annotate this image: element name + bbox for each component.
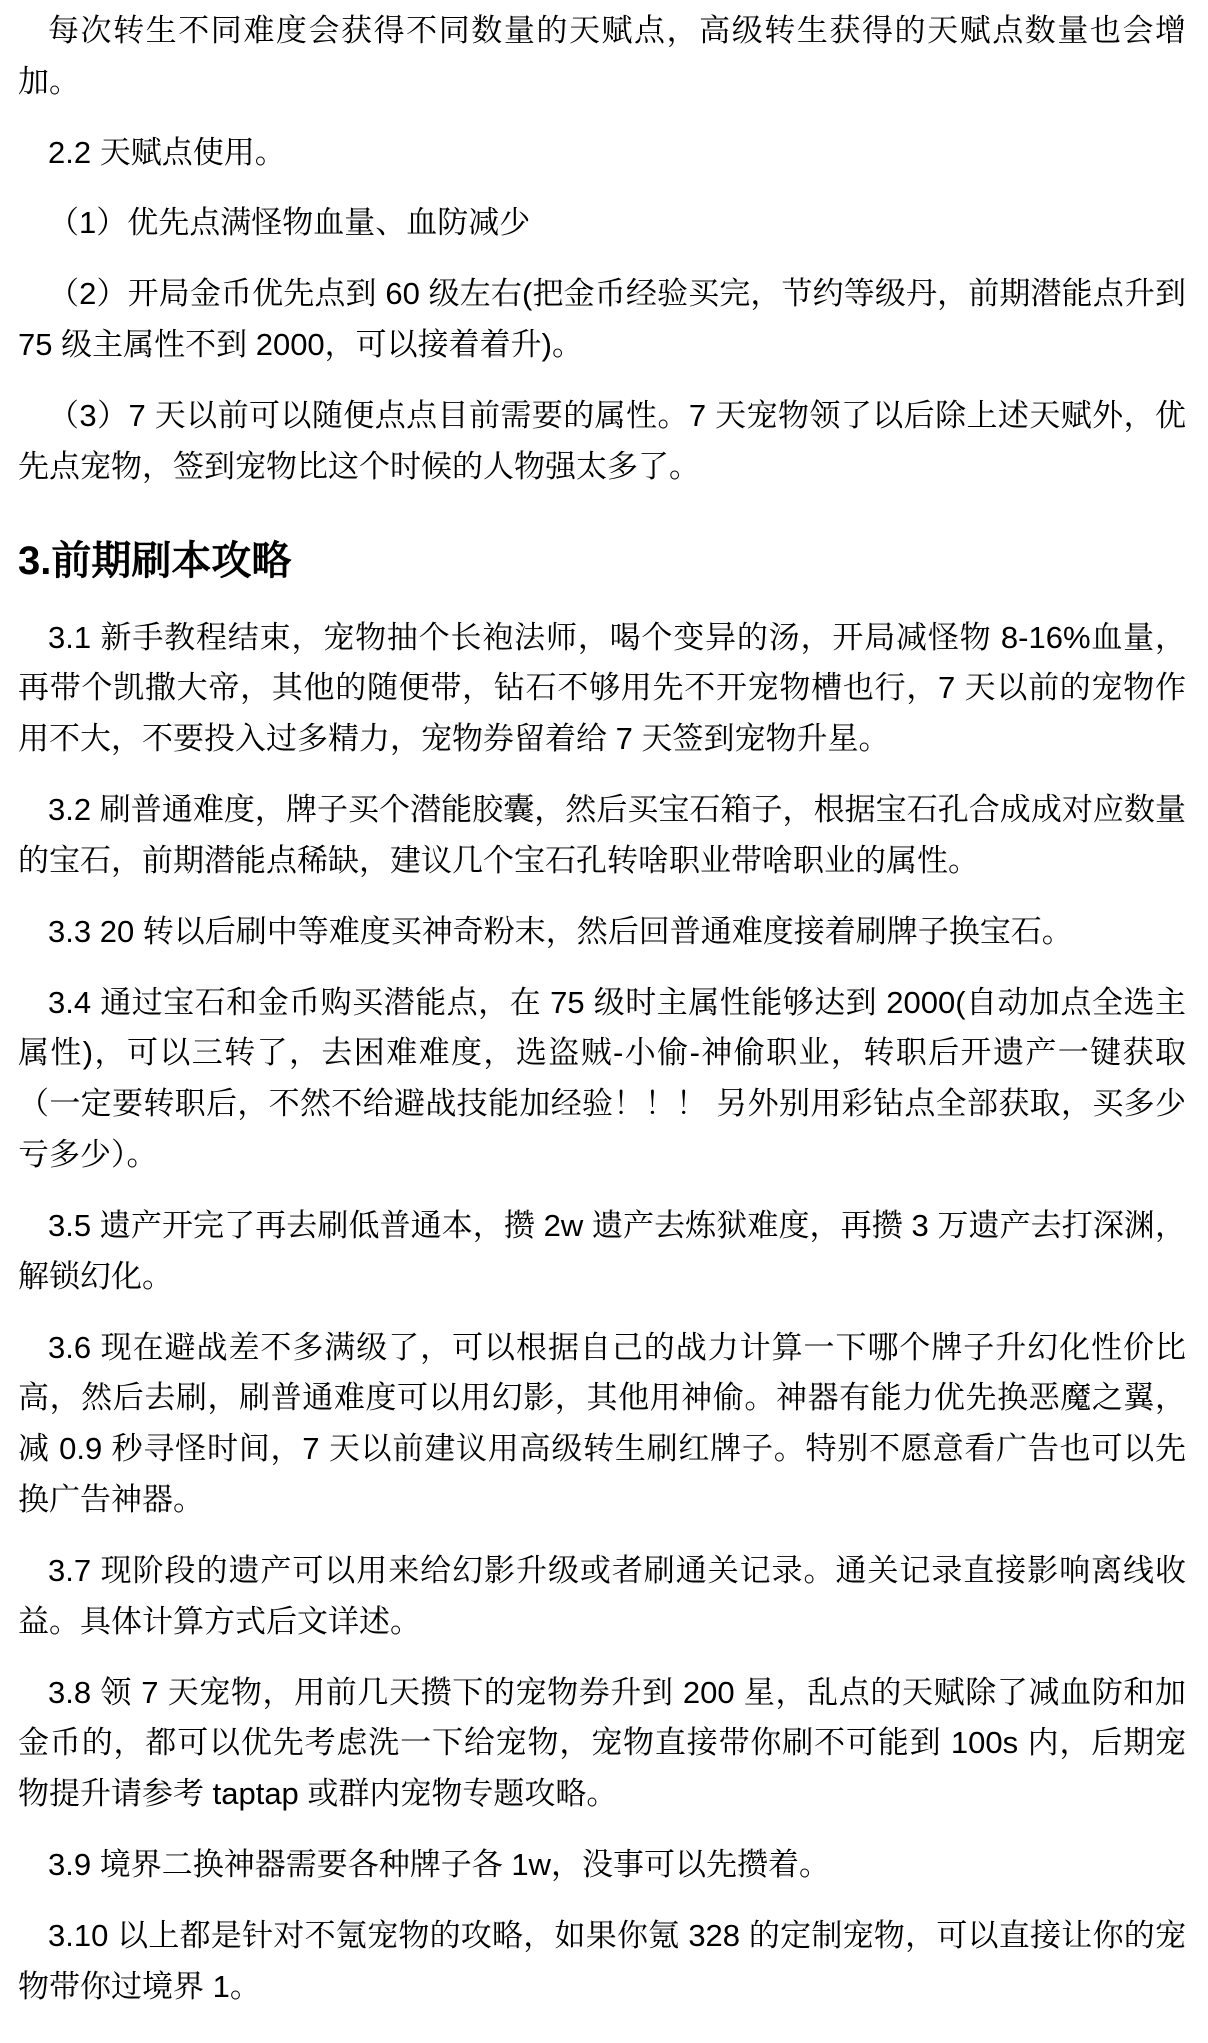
section-heading-3: 3.前期刷本攻略 [18, 535, 1186, 587]
paragraph-3-9: 3.9 境界二换神器需要各种牌子各 1w，没事可以先攒着。 [18, 1840, 1186, 1891]
paragraph-3-3: 3.3 20 转以后刷中等难度买神奇粉末，然后回普通难度接着刷牌子换宝石。 [18, 907, 1186, 958]
paragraph-3-5: 3.5 遗产开完了再去刷低普通本，攒 2w 遗产去炼狱难度，再攒 3 万遗产去打… [18, 1201, 1186, 1303]
paragraph-3-2: 3.2 刷普通难度，牌子买个潜能胶囊，然后买宝石箱子，根据宝石孔合成成对应数量的… [18, 785, 1186, 887]
paragraph-3-1: 3.1 新手教程结束，宠物抽个长袍法师，喝个变异的汤，开局减怪物 8-16%血量… [18, 613, 1186, 765]
paragraph-rebirth-talent-points: 每次转生不同难度会获得不同数量的天赋点，高级转生获得的天赋点数量也会增加。 [18, 6, 1186, 108]
document-page: 每次转生不同难度会获得不同数量的天赋点，高级转生获得的天赋点数量也会增加。 2.… [0, 0, 1208, 2043]
paragraph-3-4: 3.4 通过宝石和金币购买潜能点，在 75 级时主属性能够达到 2000(自动加… [18, 978, 1186, 1181]
paragraph-3-6: 3.6 现在避战差不多满级了，可以根据自己的战力计算一下哪个牌子升幻化性价比高，… [18, 1323, 1186, 1526]
paragraph-3-10: 3.10 以上都是针对不氪宠物的攻略，如果你氪 328 的定制宠物，可以直接让你… [18, 1911, 1186, 2013]
paragraph-item-3: （3）7 天以前可以随便点点目前需要的属性。7 天宠物领了以后除上述天赋外，优先… [18, 391, 1186, 493]
paragraph-3-7: 3.7 现阶段的遗产可以用来给幻影升级或者刷通关记录。通关记录直接影响离线收益。… [18, 1546, 1186, 1648]
paragraph-2-2-talent-usage: 2.2 天赋点使用。 [18, 128, 1186, 179]
paragraph-item-2: （2）开局金币优先点到 60 级左右(把金币经验买完，节约等级丹，前期潜能点升到… [18, 269, 1186, 371]
paragraph-item-1: （1）优先点满怪物血量、血防减少 [18, 198, 1186, 249]
paragraph-3-8: 3.8 领 7 天宠物，用前几天攒下的宠物券升到 200 星，乱点的天赋除了减血… [18, 1668, 1186, 1820]
